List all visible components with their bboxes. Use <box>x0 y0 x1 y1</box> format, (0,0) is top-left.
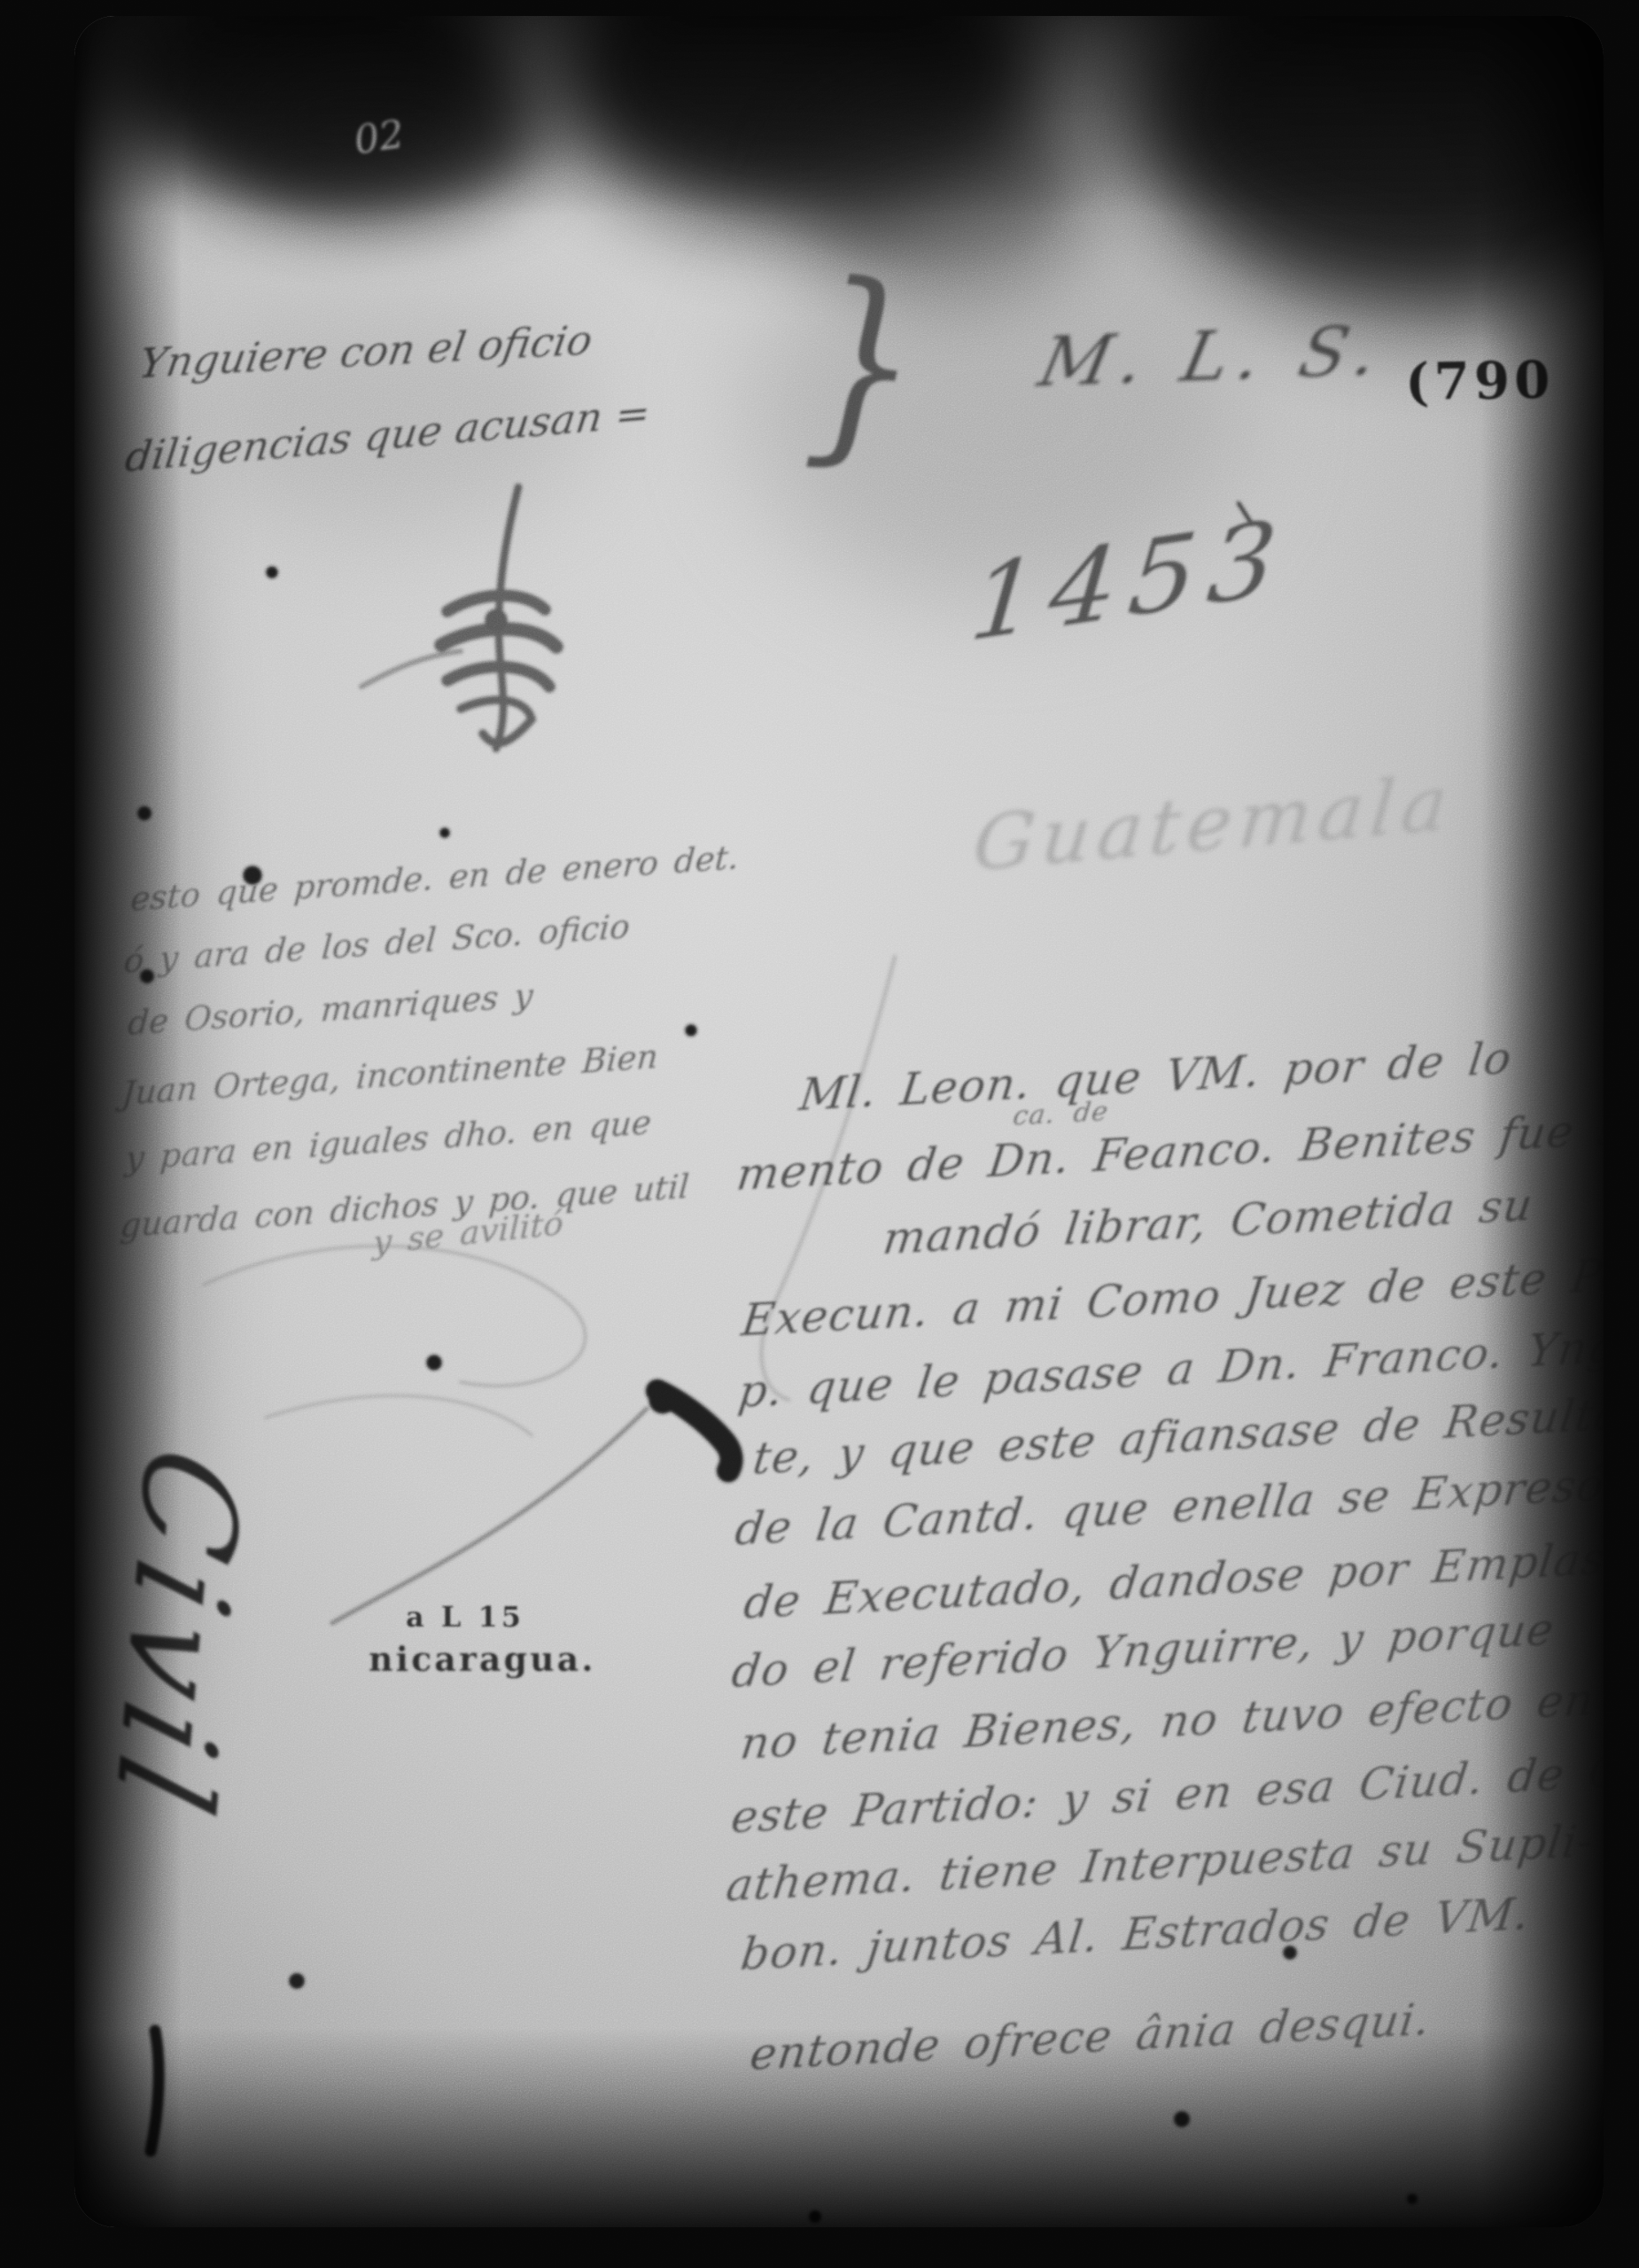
film-frame: 02 Ynguiere con el oficio diligencias qu… <box>0 0 1639 2268</box>
annotation-line-1: a L 15 <box>406 1600 524 1634</box>
file-number: 1453 <box>965 496 1293 665</box>
top-smudge-left <box>101 16 517 202</box>
heavy-ink-stroke <box>332 1386 731 1623</box>
annotation-line-2: nicaragua. <box>369 1639 596 1679</box>
manuscript-page: 02 Ynguiere con el oficio diligencias qu… <box>74 16 1604 2227</box>
place-name: Guatemala <box>969 759 1456 889</box>
margin-note-line-1: esto que promde. en de enero det. <box>129 838 740 918</box>
page-stamp: (790 <box>1404 350 1555 413</box>
top-smudge-center <box>553 16 1049 229</box>
corner-mark: 02 <box>352 112 408 163</box>
vertical-word: Civil <box>85 1430 268 1841</box>
margin-note-line-3: de Osorio, manriques y <box>127 976 534 1043</box>
body-line-1: Ml. Leon. que VM. por de lo <box>796 1032 1515 1121</box>
docket-line-2: diligencias que acusan = <box>122 389 653 482</box>
top-smudge-right <box>1120 16 1604 317</box>
flourish-tail <box>151 2031 159 2151</box>
margin-note-line-2: ó y ara de los del Sco. oficio <box>122 907 631 980</box>
body-line-14: entonde ofrece ânia desqui. <box>747 1993 1433 2080</box>
pen-scribble <box>361 487 556 749</box>
body-line-3: mandó librar, Cometida su <box>881 1179 1536 1264</box>
margin-note-line-4: Juan Ortega, incontinente Bien <box>120 1037 659 1113</box>
docket-brace: } <box>799 236 926 493</box>
docket-line-1: Ynguiere con el oficio <box>136 316 595 387</box>
salutation: M. L. S. <box>1032 311 1394 402</box>
margin-note-line-5: y para en iguales dho. en que <box>124 1104 652 1178</box>
